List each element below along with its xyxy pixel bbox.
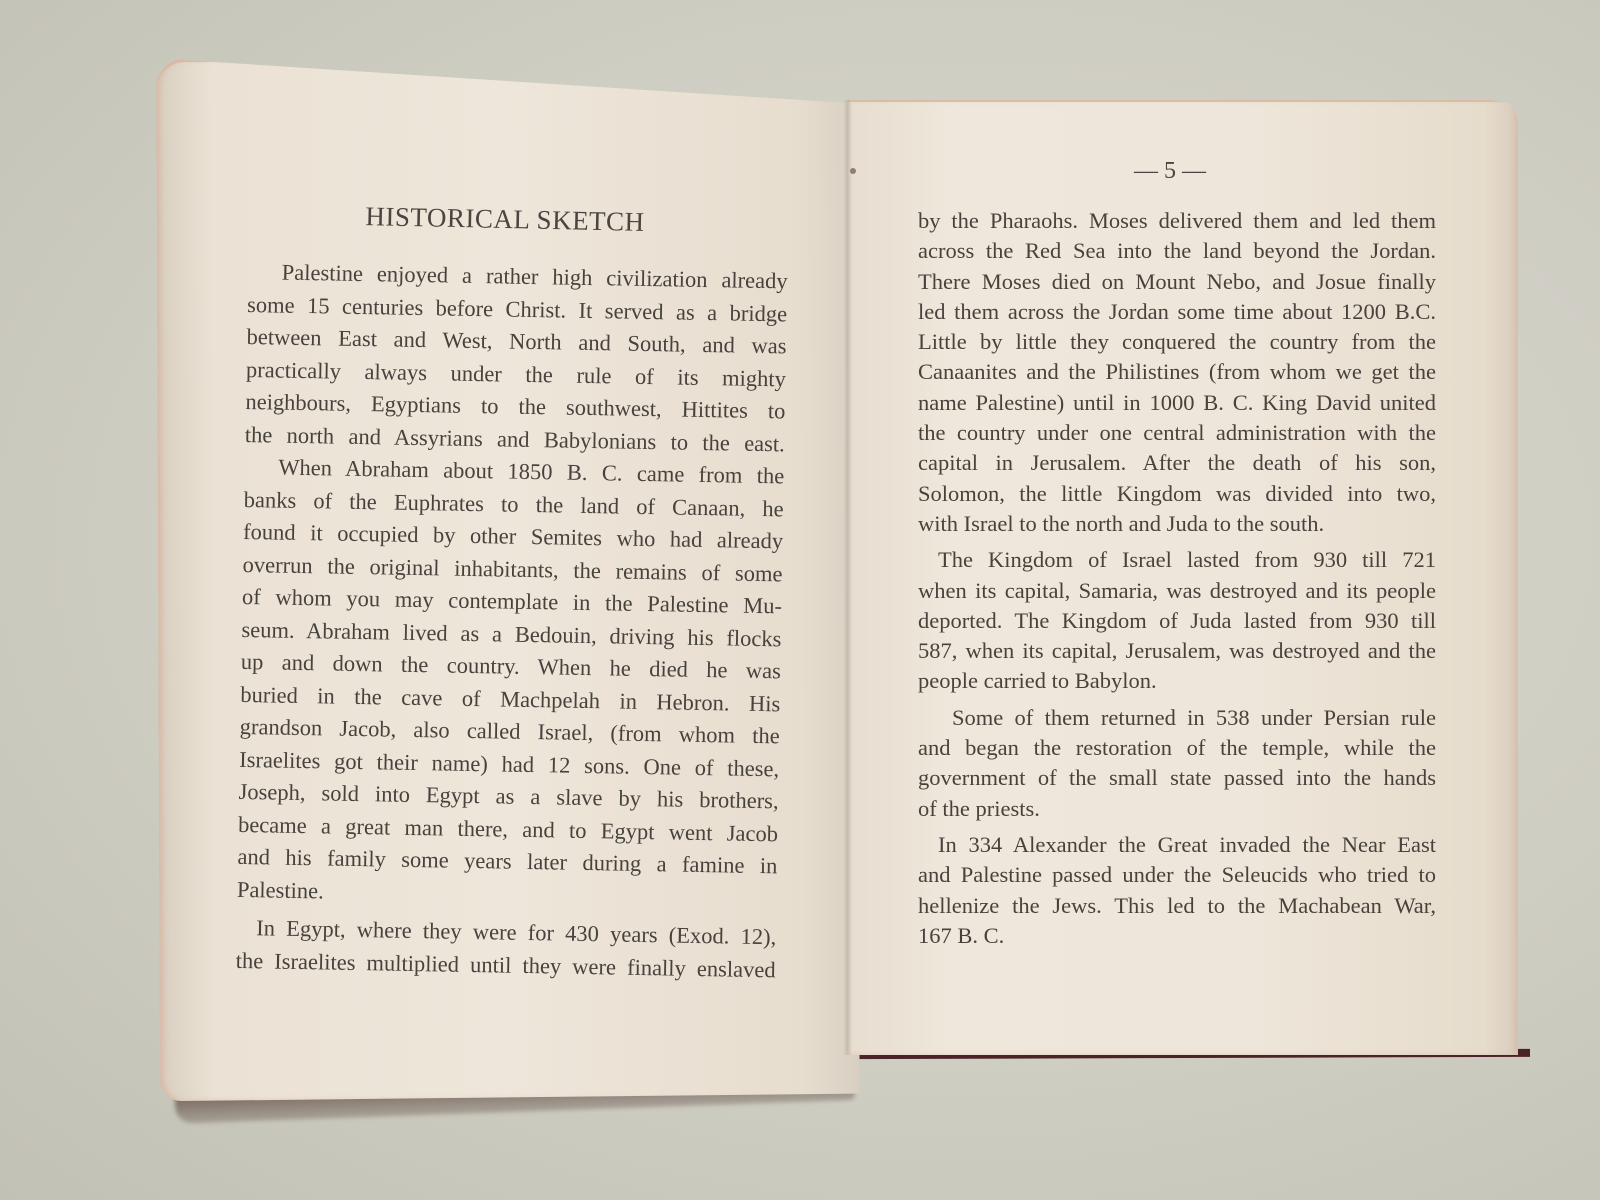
text-line: capital in Jerusalem. After the death of…	[918, 448, 1436, 478]
text-line: and Palestine passed under the Seleucids…	[918, 860, 1436, 890]
photo-scene: HISTORICAL SKETCH Palestine enjoyed a ra…	[0, 0, 1600, 1200]
book-gutter	[844, 100, 852, 1055]
staple-dot	[850, 168, 856, 174]
text-line: 587, when its capital, Jerusalem, was de…	[918, 636, 1436, 666]
page-number: — 5 —	[1120, 158, 1220, 185]
text-line: 167 B. C.	[918, 921, 1436, 951]
text-line: of the priests.	[918, 794, 1436, 824]
text-line: government of the small state passed int…	[918, 763, 1436, 793]
text-line: There Moses died on Mount Nebo, and Josu…	[918, 267, 1436, 297]
text-line: Solomon, the little Kingdom was divided …	[918, 479, 1436, 509]
text-line: deported. The Kingdom of Juda lasted fro…	[918, 606, 1436, 636]
text-line: hellenize the Jews. This led to the Mach…	[918, 891, 1436, 921]
text-line: when its capital, Samaria, was destroyed…	[918, 576, 1436, 606]
text-line: and began the restoration of the temple,…	[918, 733, 1436, 763]
left-page-text: Palestine enjoyed a rather high civiliza…	[235, 256, 788, 986]
text-line: the country under one central administra…	[918, 418, 1436, 448]
text-line: Canaanites and the Philistines (from who…	[918, 357, 1436, 387]
text-line: Little by little they conquered the coun…	[918, 327, 1436, 357]
text-line: In 334 Alexander the Great invaded the N…	[918, 830, 1436, 860]
text-line: people carried to Babylon.	[918, 666, 1436, 696]
text-line: The Kingdom of Israel lasted from 930 ti…	[918, 545, 1436, 575]
right-page-text: by the Pharaohs. Moses delivered them an…	[918, 206, 1436, 951]
text-line: name Palestine) until in 1000 B. C. King…	[918, 388, 1436, 418]
text-line: led them across the Jordan some time abo…	[918, 297, 1436, 327]
text-line: with Israel to the north and Juda to the…	[918, 509, 1436, 539]
text-line: Some of them returned in 538 under Persi…	[918, 703, 1436, 733]
text-line: by the Pharaohs. Moses delivered them an…	[918, 206, 1436, 236]
text-line: across the Red Sea into the land beyond …	[918, 236, 1436, 266]
